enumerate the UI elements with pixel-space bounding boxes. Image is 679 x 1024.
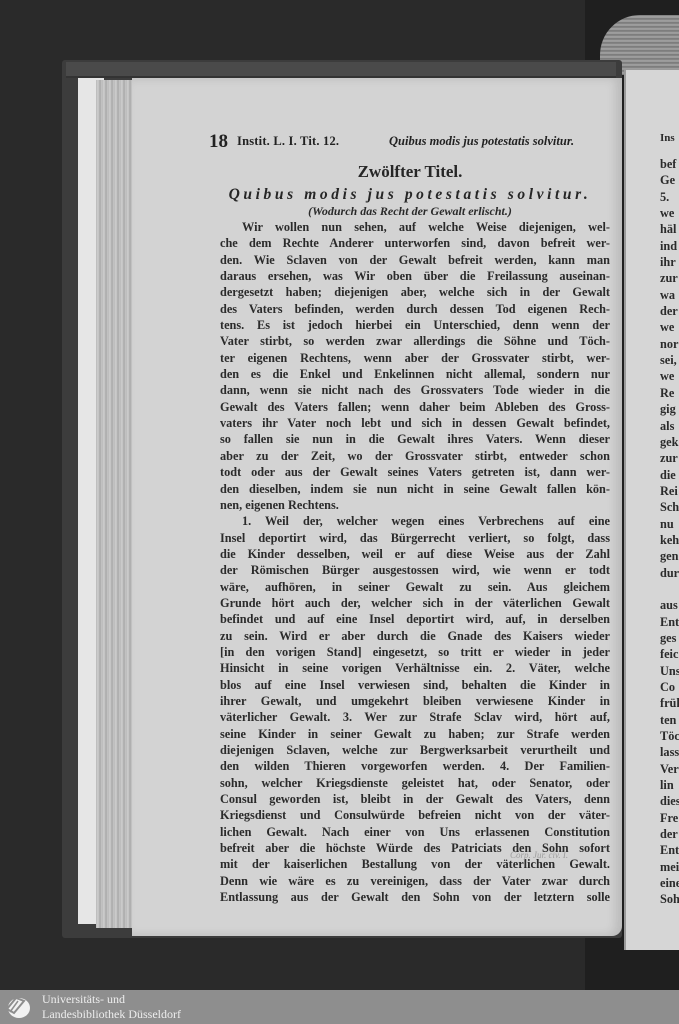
book-cover-top-edge [66, 62, 616, 78]
text-line: [in den vorigen Stand] eingesetzt, so tr… [220, 644, 610, 660]
text-line: Insel deportirt wird, das Bürgerrecht ve… [220, 530, 610, 546]
text-line: 1. Weil der, welcher wegen eines Verbrec… [220, 513, 610, 529]
right-page-line: Sch [660, 499, 679, 515]
text-line: Consul geworden ist, bleibt in der Gewal… [220, 791, 610, 807]
chapter-latin-subtitle: Quibus modis jus potestatis solvitur. [210, 186, 610, 204]
running-head: 18 Instit. L. I. Tit. 12. Quibus modis j… [209, 131, 609, 153]
right-page-line: Ent [660, 614, 679, 630]
text-line: lichen Gewalt. Nach einer von Uns erlass… [220, 824, 610, 840]
text-line: sohn, welcher Kriegsdienste geleistet ha… [220, 775, 610, 791]
text-line: Vater stirbt, so werden zwar allerdings … [220, 333, 610, 349]
bleed-through-text: Corp. Jur. civ. I. [510, 850, 568, 860]
text-line: des Vaters befinden, werden durch dessen… [220, 301, 610, 317]
right-page-line: zur [660, 270, 679, 286]
right-page-line: sei, [660, 352, 679, 368]
right-page-line: lass [660, 744, 679, 760]
right-page-line: ges [660, 630, 679, 646]
text-line: befindet und auf eine Insel deportirt wi… [220, 611, 610, 627]
text-line: daraus ersehen, was Wir oben über die Fr… [220, 268, 610, 284]
right-page-line: Ge [660, 172, 679, 188]
text-line: den dieselben, indem sie nun nicht in se… [220, 481, 610, 497]
text-line: die Kinder desselben, weil er auf diese … [220, 546, 610, 562]
right-page-line: wa [660, 287, 679, 303]
text-line: Kriegsdienst und Consulwürde befreien ni… [220, 807, 610, 823]
right-page-running-head: Ins [660, 132, 675, 144]
right-page-line: Co [660, 679, 679, 695]
text-line: Hinsicht in seine vorigen Verhältnisse e… [220, 660, 610, 676]
text-line: todt oder aus der Gewalt seines Vaters g… [220, 464, 610, 480]
text-line: che dem Rechte Anderer unterworfen sind,… [220, 235, 610, 251]
text-line: vaters ihr Vater noch lebt und sich in d… [220, 415, 610, 431]
right-page-line: eine [660, 875, 679, 891]
right-page-line: dur [660, 565, 679, 581]
right-page-line: der [660, 303, 679, 319]
library-name-line2[interactable]: Landesbibliothek Düsseldorf [42, 1007, 181, 1022]
running-head-title: Quibus modis jus potestatis solvitur. [389, 134, 574, 149]
text-line: aber zu der Zeit, wo der Grossvater stir… [220, 448, 610, 464]
body-text: Wir wollen nun sehen, auf welche Weise d… [220, 219, 610, 905]
text-line: Grunde hört auch der, welcher sich in de… [220, 595, 610, 611]
text-line: diejenigen Sclaven, welche zur Bergwerks… [220, 742, 610, 758]
right-page-line: feic [660, 646, 679, 662]
right-page-line: ten [660, 712, 679, 728]
page-number: 18 [209, 131, 228, 153]
text-line: den wilden Thieren vorgeworfen werden. 4… [220, 758, 610, 774]
text-line: väterlicher Gewalt. 3. Wer zur Strafe Sc… [220, 709, 610, 725]
right-page-line: gig [660, 401, 679, 417]
right-page-line: Rei [660, 483, 679, 499]
right-page-line: we [660, 319, 679, 335]
right-page-line: aus [660, 597, 679, 613]
text-line: ihrer Gewalt, und umgekehrt bleiben verw… [220, 693, 610, 709]
text-line: zu sein. Wird er aber durch die Gnade de… [220, 628, 610, 644]
right-page-line: gen [660, 548, 679, 564]
right-page-line: Fre [660, 810, 679, 826]
right-page-line: Ver [660, 761, 679, 777]
right-page-line: Soh [660, 891, 679, 907]
right-page-line [660, 581, 679, 597]
right-page-line: we [660, 368, 679, 384]
right-page-line: ind [660, 238, 679, 254]
right-page-line: Töc [660, 728, 679, 744]
text-line: wäre, aufhören, in seiner Gewalt zu sein… [220, 579, 610, 595]
right-page-line: dies [660, 793, 679, 809]
right-page-line: keh [660, 532, 679, 548]
right-page-line: nor [660, 336, 679, 352]
running-head-section: Instit. L. I. Tit. 12. [237, 134, 339, 149]
text-line: seine Kinder in seiner Gewalt zu haben; … [220, 726, 610, 742]
text-line: nen, eigenen Rechtens. [220, 497, 610, 513]
right-page-line: die [660, 467, 679, 483]
right-page-line: gek [660, 434, 679, 450]
text-line: Gewalt des Vaters fallen; wenn daher bei… [220, 399, 610, 415]
text-line: so fallen sie nun in die Gewalt ihres Va… [220, 431, 610, 447]
right-page-line: der [660, 826, 679, 842]
text-line: Wir wollen nun sehen, auf welche Weise d… [220, 219, 610, 235]
right-page-line: mei [660, 859, 679, 875]
right-page-line: als [660, 418, 679, 434]
library-name-line1[interactable]: Universitäts- und [42, 992, 125, 1007]
right-page-line: lin [660, 777, 679, 793]
right-page-line: 5. [660, 189, 679, 205]
text-line: Entlassung aus der Gewalt den Sohn von d… [220, 889, 610, 905]
right-page-line: bef [660, 156, 679, 172]
text-line: tens. Es ist jedoch hierbei ein Untersch… [220, 317, 610, 333]
library-logo-icon[interactable] [4, 995, 32, 1019]
right-page-line: nu [660, 516, 679, 532]
text-line: ter eigenen Rechtens, wenn aber der Gros… [220, 350, 610, 366]
text-line: dann, wenn sie nicht nach des Grossvater… [220, 382, 610, 398]
text-line: den es die Enkel und Enkelinnen nicht al… [220, 366, 610, 382]
chapter-german-subtitle: (Wodurch das Recht der Gewalt erlischt.) [210, 204, 610, 219]
right-page-line: Uns [660, 663, 679, 679]
right-page-line: ihr [660, 254, 679, 270]
text-line: der Römischen Bürger ausgestossen wird, … [220, 562, 610, 578]
text-line: dergesetzt haben; diejenigen aber, welch… [220, 284, 610, 300]
right-page-line: Re [660, 385, 679, 401]
text-line: den. Wie Sclaven von der Gewalt befreit … [220, 252, 610, 268]
text-line: blos auf eine Insel verwiesen sind, beha… [220, 677, 610, 693]
right-page-line: zur [660, 450, 679, 466]
right-page-line: häl [660, 221, 679, 237]
right-page-line: we [660, 205, 679, 221]
right-page-line: Ent [660, 842, 679, 858]
chapter-title: Zwölfter Titel. [210, 162, 610, 182]
text-line: Denn wie wäre es zu vereinigen, dass der… [220, 873, 610, 889]
right-page-line: früh [660, 695, 679, 711]
right-page-text: befGe5.wehälindihrzurwaderwenorsei,weReg… [660, 156, 679, 908]
